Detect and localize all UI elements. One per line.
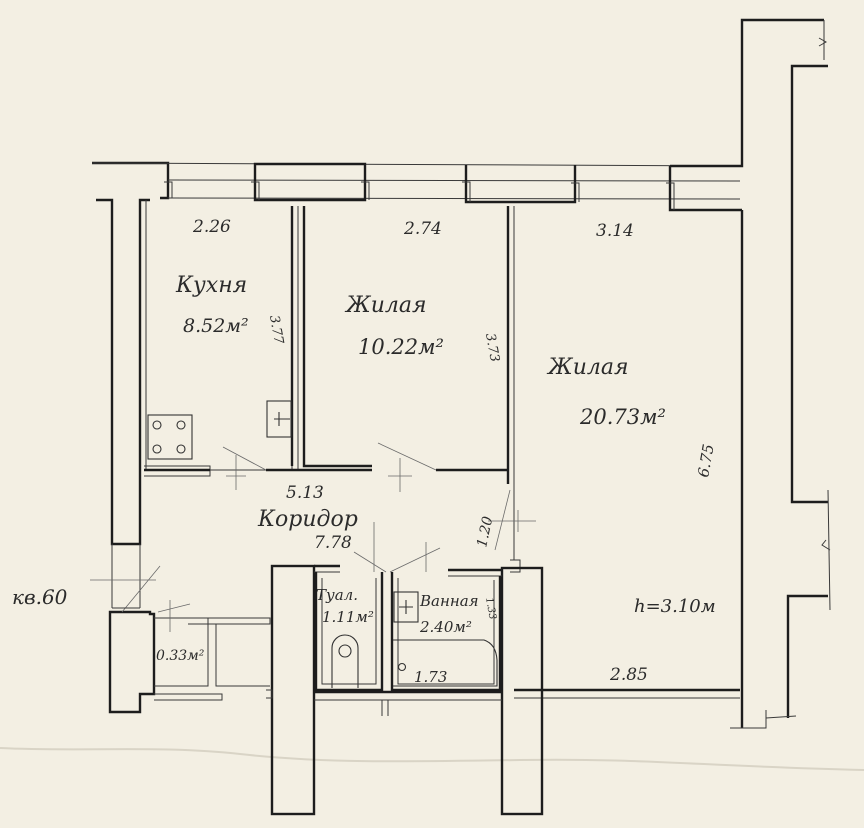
living-small-area: 10.22м² <box>358 335 444 359</box>
corridor-length-dim: 5.13 <box>286 483 324 503</box>
room-closet <box>90 566 272 712</box>
living-large-width-dim: 3.14 <box>596 221 634 241</box>
living-small-door-swing <box>378 443 436 470</box>
bathroom-area: 2.40м² <box>419 618 472 636</box>
bathroom-name: Ванная <box>419 592 479 610</box>
toilet-bowl-icon <box>332 635 358 688</box>
kitchen-area: 8.52м² <box>183 315 249 337</box>
living-small-width-dim: 2.74 <box>403 219 442 239</box>
toilet-name: Туал. <box>316 586 358 604</box>
closet-area: 0.33м² <box>156 648 205 664</box>
corridor-area: 7.78 <box>314 533 352 553</box>
right-exterior-walls <box>730 20 830 728</box>
kitchen-name: Кухня <box>175 273 247 298</box>
toilet-area: 1.11м² <box>322 608 374 626</box>
room-kitchen <box>144 206 372 490</box>
corridor-door-dim: 1.20 <box>474 515 496 549</box>
corridor-lower-walls <box>272 522 542 814</box>
living-large-depth-dim: 6.75 <box>694 443 718 479</box>
bathtub-dim: 1.73 <box>414 668 447 686</box>
stove-icon <box>148 415 192 459</box>
living-large-door-swing <box>495 490 510 550</box>
facade-wall <box>92 20 824 210</box>
corridor-name: Коридор <box>257 507 358 532</box>
living-small-name: Жилая <box>344 293 427 318</box>
bathroom-side-dim: 1.33 <box>483 597 498 621</box>
kitchen-sink-icon <box>267 401 291 437</box>
paper-crease <box>0 748 864 770</box>
living-small-depth-dim: 3.73 <box>482 332 502 363</box>
kitchen-width-dim: 2.26 <box>192 217 231 237</box>
apartment-number: кв.60 <box>12 585 68 609</box>
ceiling-height: h=3.10м <box>634 596 716 617</box>
kitchen-door-swing <box>223 447 266 470</box>
floor-plan: 2.26 Кухня 8.52м² 3.77 2.74 Жилая 10.22м… <box>0 0 864 828</box>
living-large-area: 20.73м² <box>579 405 666 429</box>
kitchen-depth-dim: 3.77 <box>266 314 286 346</box>
left-exterior-wall <box>96 200 150 608</box>
living-large-bottom-dim: 2.85 <box>609 665 648 685</box>
living-large-name: Жилая <box>546 355 629 380</box>
